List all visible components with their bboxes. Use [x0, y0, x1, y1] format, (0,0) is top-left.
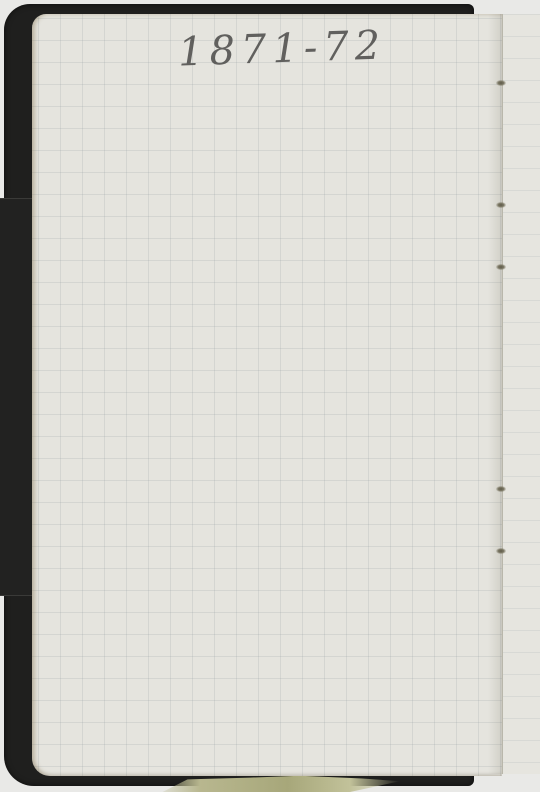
handwritten-title: 1871-72	[177, 22, 387, 75]
grid-page-left	[32, 14, 502, 776]
binding-stitch	[496, 80, 506, 86]
binding-stitch	[496, 486, 506, 492]
grid-page-right-edge	[502, 14, 540, 774]
binding-stitch	[496, 548, 506, 554]
gutter-shadow	[488, 14, 502, 774]
elastic-strap	[0, 198, 34, 596]
binding-stitch	[496, 202, 506, 208]
binding-stitch	[496, 264, 506, 270]
